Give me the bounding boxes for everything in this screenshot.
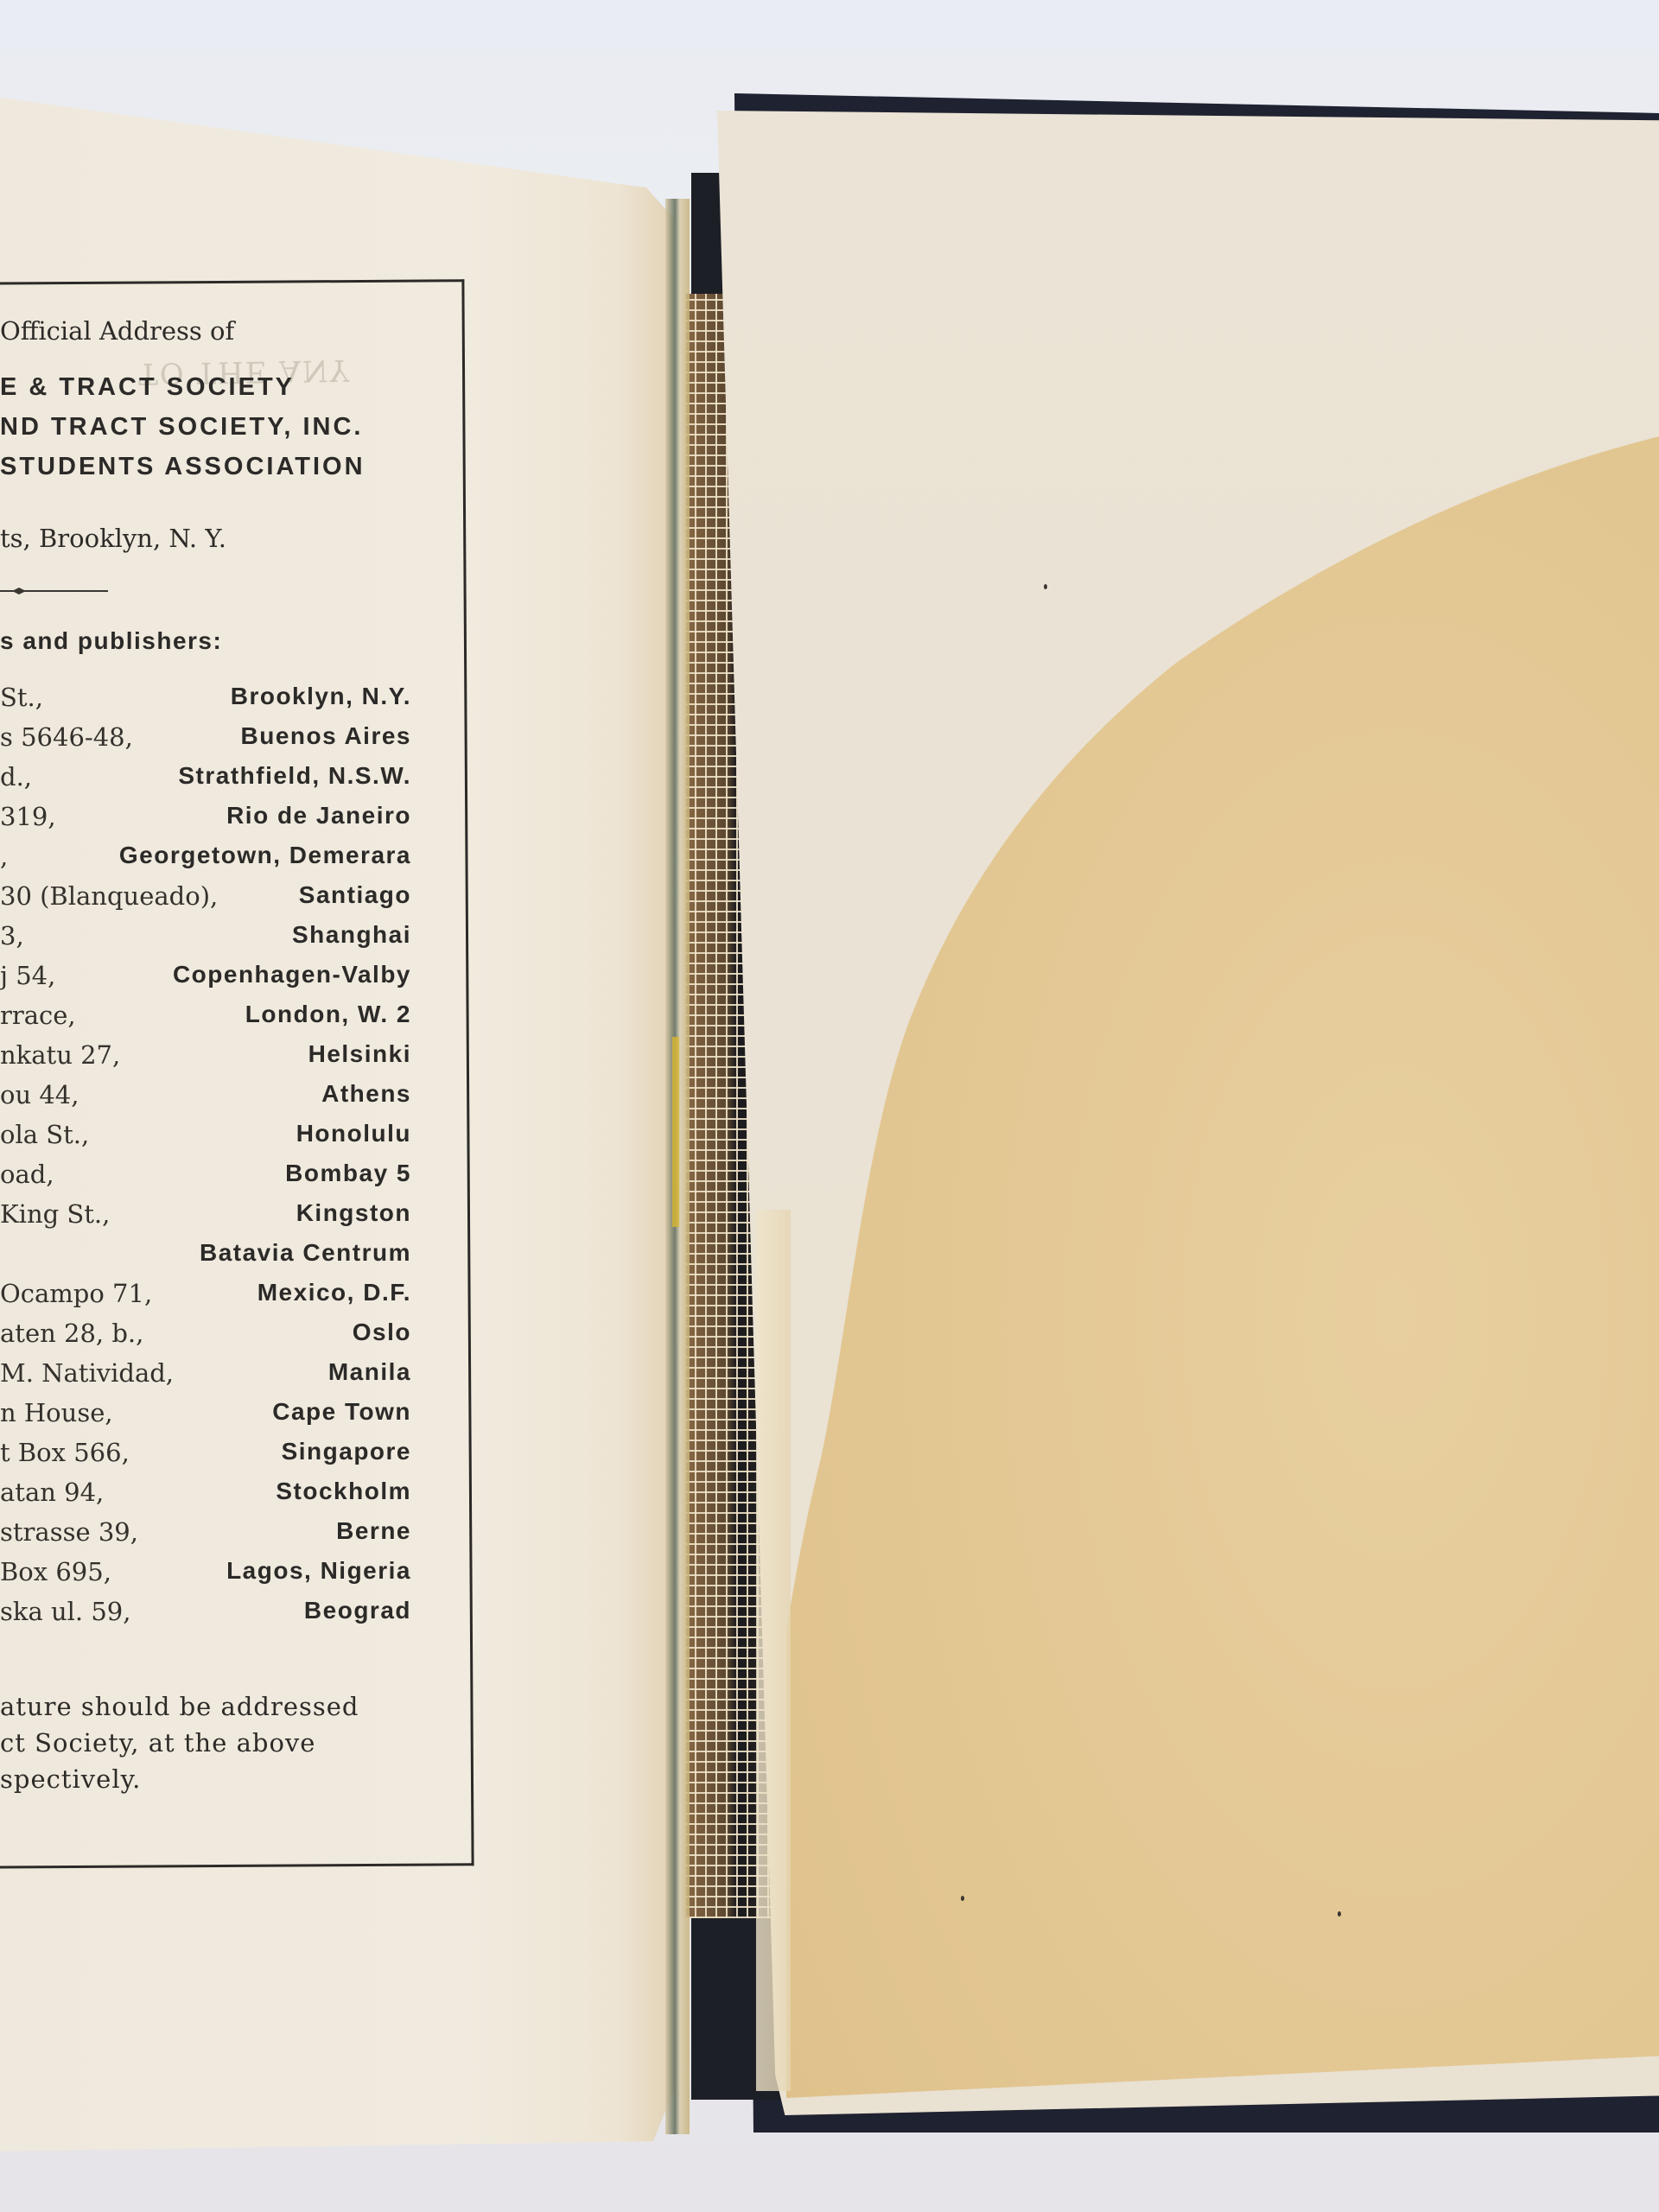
directory-subheading: s and publishers: [0, 627, 222, 655]
branch-address: 30 (Blanqueado), [0, 881, 218, 911]
org-line-3: STUDENTS ASSOCIATION [0, 453, 365, 481]
directory-row: d.,Strathfield, N.S.W. [0, 762, 411, 797]
branch-city: Georgetown, Demerara [119, 842, 411, 869]
directory-row: M. Natividad,Manila [0, 1358, 411, 1393]
branch-city: Rio de Janeiro [226, 802, 411, 829]
branch-city: Beograd [304, 1597, 411, 1624]
directory-row: nkatu 27,Helsinki [0, 1040, 411, 1075]
directory-row: Batavia Centrum [0, 1239, 411, 1274]
branch-address: atan 94, [0, 1478, 104, 1507]
branch-address: ska ul. 59, [0, 1597, 130, 1626]
branch-city: Oslo [353, 1319, 411, 1346]
branch-address: 319, [0, 802, 56, 831]
glue-stain [672, 1037, 679, 1227]
paper-speck [961, 1896, 964, 1901]
ornament-rule-icon [0, 588, 108, 594]
branch-city: Athens [321, 1080, 411, 1108]
branch-address: j 54, [0, 961, 55, 990]
branch-city: Copenhagen-Valby [173, 961, 411, 988]
footer-note-line-2: ct Society, at the above [0, 1728, 315, 1758]
branch-address: ola St., [0, 1120, 89, 1149]
directory-row: St.,Brooklyn, N.Y. [0, 683, 411, 717]
directory-row: 3,Shanghai [0, 921, 411, 956]
branch-address: King St., [0, 1199, 110, 1229]
branch-address: d., [0, 762, 32, 791]
directory-row: ska ul. 59,Beograd [0, 1597, 411, 1631]
branch-city: Batavia Centrum [200, 1239, 411, 1267]
branch-city: Buenos Aires [241, 722, 411, 750]
directory-row: Ocampo 71,Mexico, D.F. [0, 1279, 411, 1313]
directory-row: n House,Cape Town [0, 1398, 411, 1433]
branch-city: Berne [336, 1517, 411, 1545]
branch-city: Strathfield, N.S.W. [178, 762, 411, 790]
branch-city: Bombay 5 [285, 1160, 411, 1187]
directory-row: Box 695,Lagos, Nigeria [0, 1557, 411, 1592]
directory-row: atan 94,Stockholm [0, 1478, 411, 1512]
branch-address: St., [0, 683, 43, 712]
branch-address: aten 28, b., [0, 1319, 143, 1348]
branch-city: Kingston [296, 1199, 411, 1227]
directory-row: rrace,London, W. 2 [0, 1001, 411, 1035]
branch-city: Brooklyn, N.Y. [231, 683, 411, 710]
branch-address: n House, [0, 1398, 113, 1427]
branch-city: Stockholm [276, 1478, 411, 1505]
branch-address: Ocampo 71, [0, 1279, 152, 1308]
directory-row: 30 (Blanqueado),Santiago [0, 881, 411, 916]
directory-row: ola St.,Honolulu [0, 1120, 411, 1154]
branch-city: Santiago [299, 881, 411, 909]
branch-address: , [0, 842, 8, 871]
branch-city: Singapore [282, 1438, 411, 1465]
branch-address: Box 695, [0, 1557, 111, 1586]
directory-row: ,Georgetown, Demerara [0, 842, 411, 876]
directory-row: t Box 566,Singapore [0, 1438, 411, 1472]
directory-row: j 54,Copenhagen-Valby [0, 961, 411, 995]
directory-row: strasse 39,Berne [0, 1517, 411, 1552]
branch-city: Honolulu [296, 1120, 411, 1147]
endpaper-hinge-edge [756, 1210, 791, 2091]
branch-city: London, W. 2 [245, 1001, 411, 1028]
official-address-intro: Official Address of [0, 316, 234, 346]
branch-address: s 5646-48, [0, 722, 133, 752]
paper-speck [1338, 1911, 1341, 1916]
branch-city: Cape Town [272, 1398, 411, 1426]
branch-address: strasse 39, [0, 1517, 138, 1547]
directory-row: ou 44,Athens [0, 1080, 411, 1115]
branch-city: Mexico, D.F. [257, 1279, 411, 1306]
branch-address: M. Natividad, [0, 1358, 174, 1388]
directory-row: King St.,Kingston [0, 1199, 411, 1234]
branch-address: oad, [0, 1160, 54, 1189]
branch-address: 3, [0, 921, 24, 950]
branch-address: rrace, [0, 1001, 76, 1030]
branch-city: Lagos, Nigeria [226, 1557, 411, 1585]
branch-address: t Box 566, [0, 1438, 130, 1467]
footer-note-line-1: ature should be addressed [0, 1692, 359, 1721]
footer-note-line-3: spectively. [0, 1764, 141, 1794]
org-line-2: ND TRACT SOCIETY, INC. [0, 413, 363, 442]
org-line-1: E & TRACT SOCIETY [0, 373, 295, 402]
branch-city: Helsinki [308, 1040, 411, 1068]
branch-address: nkatu 27, [0, 1040, 120, 1070]
paper-speck [1044, 584, 1047, 589]
directory-row: aten 28, b.,Oslo [0, 1319, 411, 1353]
directory-row: oad,Bombay 5 [0, 1160, 411, 1194]
directory-row: s 5646-48,Buenos Aires [0, 722, 411, 757]
branch-city: Shanghai [292, 921, 411, 949]
branch-address: ou 44, [0, 1080, 79, 1109]
hq-address: ts, Brooklyn, N. Y. [0, 524, 226, 553]
directory-row: 319,Rio de Janeiro [0, 802, 411, 836]
branch-city: Manila [328, 1358, 411, 1386]
